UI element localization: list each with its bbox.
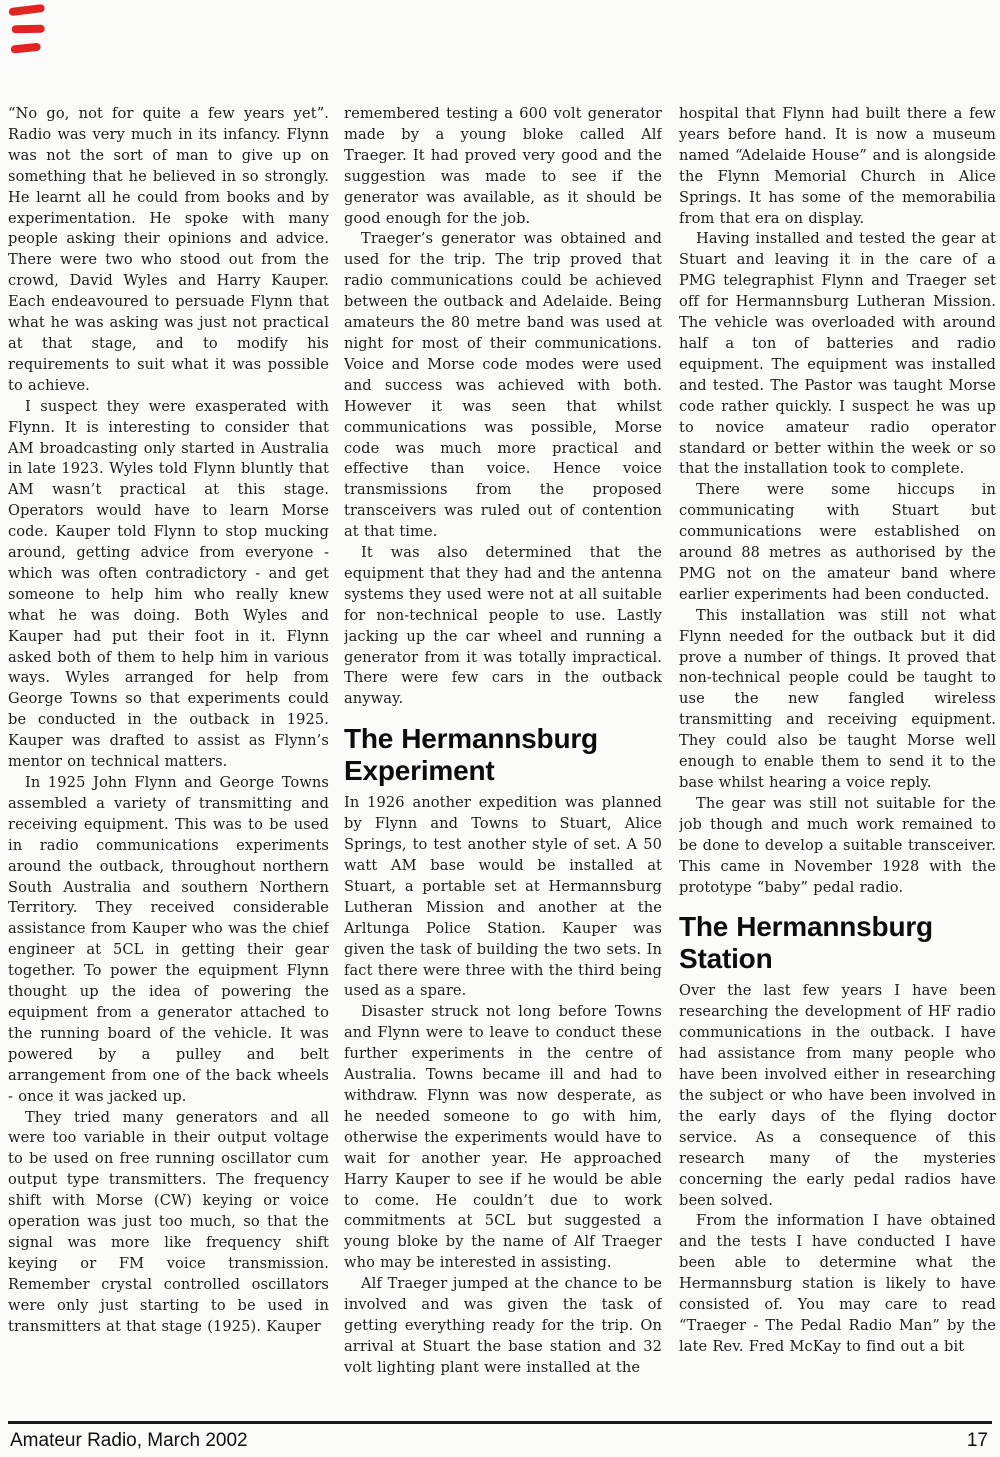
- body-paragraph: Traeger’s generator was obtained and use…: [344, 229, 662, 543]
- body-paragraph: Over the last few years I have been rese…: [679, 981, 996, 1211]
- section-heading: The Hermannsburg Experiment: [344, 723, 662, 786]
- footer-rule: [8, 1421, 992, 1424]
- body-paragraph: Having installed and tested the gear at …: [679, 229, 996, 480]
- section-heading: The Hermannsburg Station: [679, 911, 996, 974]
- body-paragraph: From the information I have obtained and…: [679, 1211, 996, 1357]
- body-paragraph: They tried many generators and all were …: [8, 1108, 329, 1338]
- magazine-page: “No go, not for quite a few years yet”. …: [0, 0, 1000, 1457]
- body-paragraph: I suspect they were exasperated with Fly…: [8, 397, 329, 773]
- body-paragraph: hospital that Flynn had built there a fe…: [679, 104, 996, 229]
- body-paragraph: “No go, not for quite a few years yet”. …: [8, 104, 329, 397]
- text-column-middle: remembered testing a 600 volt generator …: [344, 104, 662, 1419]
- body-paragraph: In 1926 another expedition was planned b…: [344, 793, 662, 1002]
- body-paragraph: It was also determined that the equipmen…: [344, 543, 662, 710]
- red-pen-strokes: [9, 5, 48, 64]
- red-pen-stroke: [8, 4, 45, 16]
- red-pen-stroke: [12, 25, 45, 34]
- body-paragraph: The gear was still not suitable for the …: [679, 794, 996, 899]
- body-paragraph: Disaster struck not long before Towns an…: [344, 1002, 662, 1274]
- red-pen-stroke: [10, 43, 41, 54]
- body-paragraph: This installation was still not what Fly…: [679, 606, 996, 794]
- body-paragraph: In 1925 John Flynn and George Towns asse…: [8, 773, 329, 1108]
- text-column-right: hospital that Flynn had built there a fe…: [679, 104, 996, 1419]
- footer-publication-date: Amateur Radio, March 2002: [10, 1430, 248, 1452]
- text-column-left: “No go, not for quite a few years yet”. …: [8, 104, 329, 1419]
- body-paragraph: There were some hiccups in communicating…: [679, 480, 996, 605]
- body-paragraph: remembered testing a 600 volt generator …: [344, 104, 662, 229]
- body-paragraph: Alf Traeger jumped at the chance to be i…: [344, 1274, 662, 1379]
- footer-page-number: 17: [967, 1430, 988, 1452]
